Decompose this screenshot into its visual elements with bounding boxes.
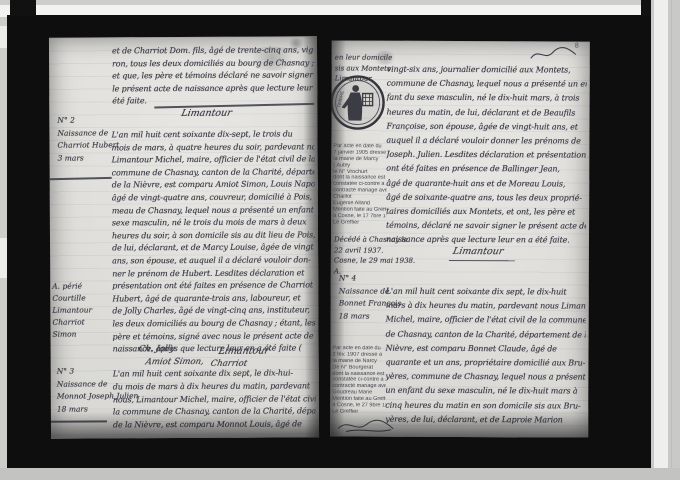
death-mention-note: Décédé à Chasnay le22 avril 1937.Cosne, …	[334, 234, 388, 276]
mention-line: 22 avril 1937.	[334, 245, 388, 256]
fiscal-stamp-seal: TIMBRE	[330, 73, 387, 131]
handwritten-line: du mois de mars à dix heures du matin, p…	[113, 380, 316, 394]
edge-line	[671, 0, 672, 480]
margin-line: sis aux Montets	[335, 63, 387, 74]
handwritten-line: témoins, déclaré ne savoir signer le pré…	[386, 219, 586, 234]
margin-line: Monnot Joseph Julien	[57, 390, 115, 403]
register-right-page: 8 en leur domicilesis aux MontetsLimanto…	[330, 40, 590, 437]
handwritten-line: vingt-six ans, journalier domicilié aux …	[387, 63, 587, 78]
stamp-line: Le Greffier	[333, 220, 386, 227]
handwritten-line: mois de mars, à quatre heures du soir, p…	[111, 141, 314, 155]
handwritten-line: Joseph. Julien. Lesdites déclaration et …	[386, 148, 586, 163]
handwritten-line: et que, les père et témoins déclaré ne s…	[112, 70, 314, 84]
margin-signature: A. périé	[52, 280, 110, 292]
margin-line: N° 3	[57, 365, 115, 378]
margin-line: Charriot Hubert	[57, 139, 115, 152]
margin-line: 3 mars	[58, 152, 116, 165]
handwritten-line: quarante et un ans, propriétaire domicil…	[385, 356, 585, 371]
handwritten-line: auquel il a déclaré vouloir donner les p…	[386, 134, 586, 149]
margin-line: N° 2	[57, 114, 115, 127]
handwritten-line: L'an mil huit cent soixante dix sept, le…	[386, 285, 586, 300]
handwritten-line: âgé de quarante-huit ans et de Moreau Lo…	[386, 176, 586, 191]
margin-signature: Simon	[52, 328, 110, 340]
handwritten-line: le présent acte de naissance après que l…	[112, 82, 314, 96]
margin-note-record3: N° 3Naissance deMonnot Joseph Julien18 m…	[57, 365, 115, 415]
handwritten-line: ner le prénom de Hubert. Lesdites déclar…	[112, 267, 315, 281]
record3-continuation-text: vingt-six ans, journalier domicilié aux …	[386, 63, 587, 248]
handwritten-line: et de Charriot Dom. fils, âgé de trente-…	[112, 44, 314, 58]
handwritten-line: ron, tous les deux domiciliés au bourg d…	[112, 57, 314, 71]
handwritten-line: de la Nièvre, est comparu Monnot Louis, …	[113, 418, 316, 432]
handwritten-line: L'an mil huit cent soixante dix sept, le…	[113, 367, 316, 381]
witness-signature: Ch. Jolly	[138, 344, 176, 354]
handwritten-line: âgé de vingt-quatre ans, couvreur, domic…	[112, 191, 315, 205]
handwritten-line: de Chasnay, canton de la Charité, départ…	[386, 327, 586, 342]
handwritten-line: commune de Chasnay, canton de la Charité…	[112, 166, 315, 180]
handwritten-line: heures du matin, de lui, déclarant et de…	[387, 105, 587, 120]
record1-closing-text: et de Charriot Dom. fils, âgé de trente-…	[112, 44, 314, 108]
margin-line: Naissance de	[57, 378, 115, 391]
record2-body-text: L'an mil huit cent soixante dix-sept, le…	[111, 128, 315, 356]
handwritten-line: de la Nièvre, est comparu Amiot Simon, L…	[112, 179, 315, 193]
margin-line: Bonnet François	[339, 297, 393, 310]
record4-body-text: L'an mil huit cent soixante dix sept, le…	[385, 285, 586, 428]
handwritten-line: Nièvre, est comparu Bonnet Claude, âgé d…	[385, 341, 585, 356]
mat-notch-left	[10, 0, 36, 16]
mayor-signature: Limantour	[217, 346, 270, 357]
scanner-right-strip	[651, 0, 680, 480]
margin-line: 18 mars	[57, 403, 115, 416]
marriage-mention-stamp-2: Par acte en date du2 fév. 1907 dressé àl…	[332, 345, 386, 415]
handwritten-line: nous, Limantour Michel, maire, officier …	[113, 393, 316, 407]
mayor-signature: Limantour	[452, 246, 505, 257]
margin-line: 18 mars	[339, 310, 393, 323]
margin-line: en leur domicile	[335, 52, 387, 63]
stamp-line: à Cosne, le 27 9bre 1907	[332, 402, 385, 409]
handwritten-line: cinq heures du matin en son domicile sis…	[385, 398, 585, 413]
margin-note-record2: N° 2Naissance deCharriot Hubert3 mars	[57, 114, 115, 164]
handwritten-line: commune de Chasnay, lequel nous a présen…	[387, 77, 587, 92]
handwritten-line: yères, de lui, déclarant, et de Laproie …	[385, 412, 585, 427]
handwritten-line: L'an mil huit cent soixante dix-sept, le…	[111, 128, 314, 142]
mention-line: Décédé à Chasnay le	[334, 234, 388, 245]
handwritten-line: fant du sexe masculin, né le dix-huit ma…	[387, 91, 587, 106]
archival-scan-photo: { "photo": { "description": "Scanned dou…	[0, 0, 680, 480]
handwritten-line: un enfant du sexe masculin, né le dix-hu…	[385, 384, 585, 399]
handwritten-line: ans, son épouse, et auquel il a déclaré …	[112, 254, 315, 268]
handwritten-line: yères, commune de Chasnay, lequel nous a…	[385, 370, 585, 385]
handwritten-line: taires domiciliés aux Montets, et ont, l…	[386, 205, 586, 220]
handwritten-line: heures du soir, à son domicile sis au di…	[112, 229, 315, 243]
handwritten-line: mars à dix heures du matin, pardevant no…	[386, 299, 586, 314]
stamp-line: Le Greffier	[332, 409, 385, 416]
margin-signature: Charriot	[52, 316, 110, 328]
corner-paraph	[527, 45, 579, 63]
handwritten-line: la commune de Chasnay, canton de la Char…	[113, 406, 316, 420]
margin-separator-line	[51, 420, 107, 422]
marriage-mention-stamp-1: Par acte en date du7 janvier 1905 dressé…	[333, 143, 387, 226]
handwritten-line: Hubert, âgé de quarante-trois ans, labou…	[112, 292, 315, 306]
handwritten-line: père et témoins, signé avec nous le prés…	[112, 330, 315, 344]
handwritten-line: Françoise, son épouse, âgée de vingt-hui…	[386, 119, 586, 134]
margin-signature: Courtille	[52, 292, 110, 304]
mention-line: Cosne, le 29 mai 1938.	[334, 255, 388, 266]
margin-line: N° 4	[339, 272, 393, 285]
margin-line: Naissance de	[339, 285, 393, 298]
stamp-line: à Cosne, le 17 7bre 1905	[333, 213, 386, 220]
margin-separator-line	[50, 177, 112, 180]
handwritten-line: de lui, déclarant, et de Marcy Louise, â…	[112, 242, 315, 256]
greffier-signature-flourish	[336, 418, 396, 434]
handwritten-line: les deux domiciliés au bourg de Chasnay …	[112, 317, 315, 331]
mat-notch-right	[641, 0, 651, 16]
margin-signature: Limantour	[52, 304, 110, 316]
handwritten-line: âgé de soixante-quatre ans, tous les deu…	[386, 190, 586, 205]
declarant-signature: Amiot Simon,	[145, 357, 205, 367]
mayor-signature: Limantour	[180, 108, 233, 119]
handwritten-line: présentation ont été faites en présence …	[112, 279, 315, 293]
record3-body-text: L'an mil huit cent soixante dix sept, le…	[113, 367, 316, 432]
handwritten-line: Michel, maire, officier de l'état civil …	[386, 313, 586, 328]
scanner-bottom-strip	[0, 468, 680, 480]
handwritten-line: ont été faites en présence de Ballinger …	[386, 162, 586, 177]
handwritten-line: Limantour Michel, maire, officier de l'é…	[112, 154, 315, 168]
register-left-page: et de Charriot Dom. fils, âgé de trente-…	[49, 36, 319, 438]
scanner-white-band-vertical	[654, 0, 668, 480]
handwritten-line: sexe masculin, né le trois du mois de ma…	[112, 216, 315, 230]
margin-signatures: A. périéCourtilleLimantourCharriotSimon	[52, 280, 110, 340]
handwritten-line: meau de Chasnay, lequel nous a présenté …	[112, 204, 315, 218]
margin-line: Naissance de	[57, 127, 115, 140]
handwritten-line: de Jolly Charles, âgé de vingt-cinq ans,…	[112, 305, 315, 319]
signature-underline	[449, 260, 515, 261]
